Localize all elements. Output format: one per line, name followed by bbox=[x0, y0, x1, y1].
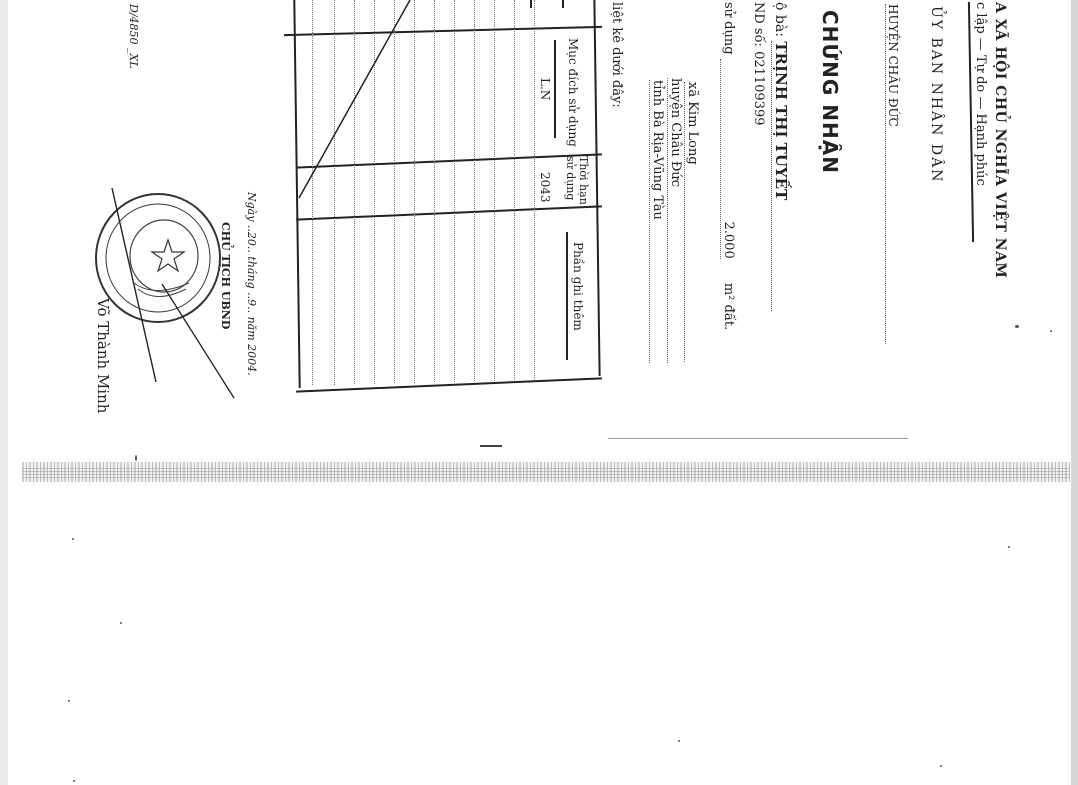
holder-line: ộ bà: TRỊNH THỊ TUYẾT bbox=[771, 2, 790, 311]
address-commune-line: xã Kim Long bbox=[684, 82, 700, 362]
certificate-title: CHỨNG NHẬN bbox=[818, 10, 842, 174]
page-edge bbox=[1071, 0, 1078, 785]
address-province-line: tỉnh Bà Rịa-Vũng Tàu bbox=[649, 80, 665, 363]
table-cell-purpose: L.N bbox=[538, 78, 552, 100]
area-line: sử dụng 2.000 m² đất. bbox=[720, 2, 736, 330]
id-card-line: ND số: 021109399 bbox=[751, 2, 766, 126]
signature-date: Ngày ..20.. tháng ..9.. năm 2004. bbox=[245, 192, 258, 376]
address-province: tỉnh Bà Rịa-Vũng Tàu bbox=[649, 80, 665, 363]
registry-number: D/4850 _XL bbox=[127, 4, 140, 69]
authority-district: HUYỆN CHÂU ĐỨC bbox=[885, 4, 900, 344]
address-commune: xã Kim Long bbox=[684, 82, 700, 362]
national-header-line2: c lập — Tự do — Hạnh phúc bbox=[973, 2, 988, 186]
holder-label: ộ bà: bbox=[772, 2, 788, 37]
address-district: huyện Châu Đức bbox=[667, 78, 683, 363]
table-header-duration: Thời hạn sử dụng bbox=[564, 156, 590, 206]
area-label: sử dụng bbox=[721, 2, 736, 55]
id-card-label: ND số: bbox=[751, 2, 766, 47]
star-icon bbox=[152, 240, 184, 271]
authority-district-line: HUYỆN CHÂU ĐỨC bbox=[885, 4, 900, 344]
table-cell-duration: 2043 bbox=[538, 172, 552, 203]
list-intro: liệt kê dưới đây: bbox=[609, 2, 624, 108]
official-seal bbox=[94, 188, 244, 408]
area-value: 2.000 bbox=[720, 59, 736, 259]
table-header-purpose: Mục đích sử dụng bbox=[566, 38, 580, 147]
table-header-notes: Phần ghi thêm bbox=[571, 242, 585, 331]
id-card-number: 021109399 bbox=[751, 51, 766, 125]
authority-title: ỦY BAN NHÂN DÂN bbox=[928, 6, 944, 183]
land-use-table bbox=[294, 0, 606, 388]
national-header-line1: A XÃ HỘI CHỦ NGHĨA VIỆT NAM bbox=[992, 2, 1008, 278]
address-district-line: huyện Châu Đức bbox=[667, 78, 683, 363]
holder-name: TRỊNH THỊ TUYẾT bbox=[771, 41, 790, 311]
cancel-strike-line bbox=[294, 0, 606, 388]
area-unit: m² đất. bbox=[721, 283, 736, 330]
